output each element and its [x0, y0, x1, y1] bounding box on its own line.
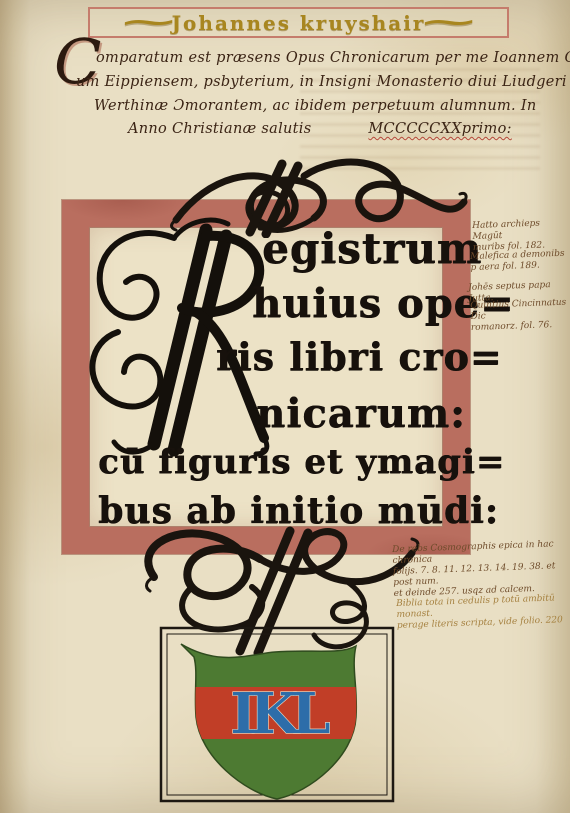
- margin-note-cincinnatus: Quintius Cincinnatus Dic romanorz. fol. …: [470, 298, 569, 334]
- shield-icon: IKL: [158, 625, 396, 805]
- coat-of-arms: IKL: [158, 625, 396, 805]
- banner-flourish-right-icon: ~: [417, 7, 480, 39]
- banner-flourish-left-icon: ~: [116, 7, 179, 39]
- title-banner: ~ Johannes kruyshair ~: [88, 7, 509, 38]
- margin-note-malefica: Malefica a demonibs p aera fol. 189.: [470, 249, 569, 274]
- shield-monogram: IKL: [230, 681, 330, 747]
- registrum-line-4: nicarum:: [256, 390, 466, 437]
- manuscript-page: { "header": { "name_banner": "Johannes k…: [0, 0, 570, 813]
- dedication-line-2: um Eippiensem, psbyterium, in Insigni Mo…: [76, 74, 567, 90]
- owner-name: Johannes kruyshair: [172, 11, 426, 35]
- dedication-line-4-text: Anno Christianæ salutis: [128, 121, 311, 137]
- registrum-line-3: ris libri cro=: [216, 334, 503, 379]
- margin-note-line: romanorz. fol. 76.: [471, 320, 569, 334]
- dedication-line-4: Anno Christianæ salutis MCCCCCXXprimo:: [128, 121, 512, 137]
- dedication-year: MCCCCCXXprimo:: [368, 121, 511, 137]
- dedication-line-1: omparatum est præsens Opus Chronicarum p…: [96, 50, 570, 66]
- registrum-line-5: cū figuris et ymagi=: [98, 442, 505, 482]
- margin-note-cosmographia: De rebs Cosmographis epica in hac chroni…: [392, 539, 570, 600]
- registrum-line-1: egistrum: [262, 224, 482, 273]
- margin-note-biblia: Biblia tota in cedulis p totū ambitū mon…: [396, 593, 570, 632]
- dedication-line-3: Werthinæ Ɔmorantem, ac ibidem perpetuum …: [94, 98, 537, 114]
- margin-note-line: p aera fol. 189.: [470, 260, 568, 274]
